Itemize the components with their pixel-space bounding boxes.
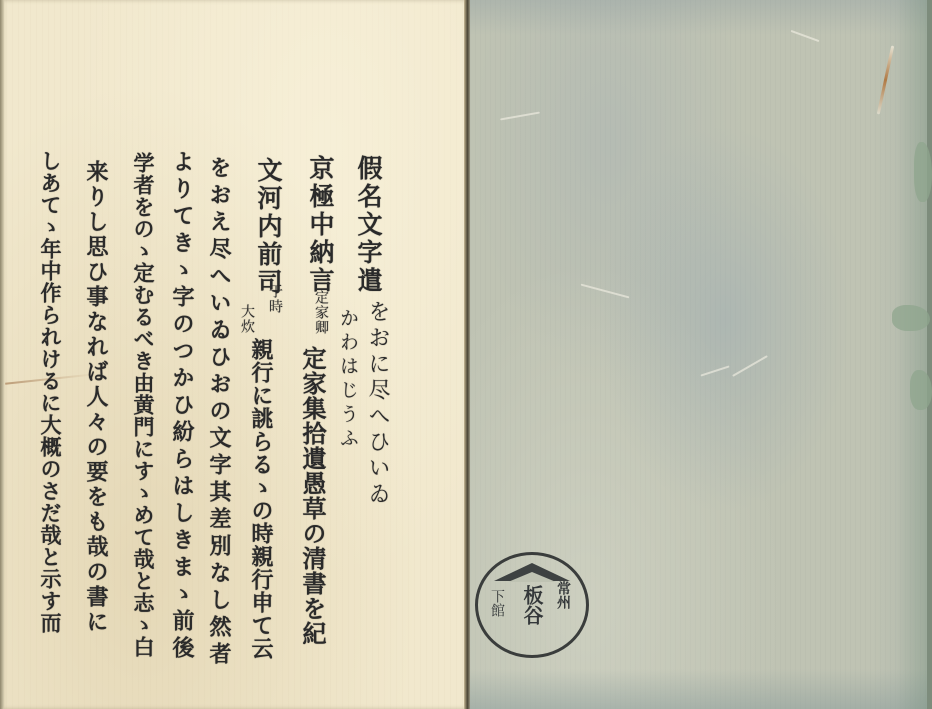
- cover-border-top: [470, 0, 932, 35]
- paper-fiber: [581, 284, 630, 299]
- paper-fiber: [500, 112, 540, 121]
- text-column-2-cont: 定家集拾遺愚草の清書を紀: [300, 346, 324, 646]
- cover-edge: [927, 0, 932, 709]
- seal-text-left: 下館: [490, 589, 504, 617]
- paper-fiber: [700, 365, 729, 376]
- text-column-3: 文河内前司: [256, 157, 281, 297]
- paper-fiber: [732, 355, 768, 377]
- ownership-seal: 常州 板谷 下館: [475, 552, 589, 658]
- title-kana-column-2: かわはじうふ: [338, 308, 357, 452]
- text-column-4: をおえ尽へいゐひおの文字其差別なし然者: [208, 156, 230, 669]
- seal-roof-inner: [508, 572, 556, 582]
- annotation-jiji: 于時: [268, 284, 282, 314]
- annotation-oi: 大炊: [240, 304, 254, 334]
- text-column-7: 来りし思ひ事なれば人々の要をも哉の書に: [85, 160, 107, 635]
- text-column-5: よりてきゝ字のつかひ紛らはしきまゝ前後: [171, 150, 193, 663]
- stain-green: [892, 305, 930, 331]
- seal-text-right: 常州: [556, 581, 570, 609]
- book-spread: 假名文字遣 をおに尽へひいゐ かわはじうふ 京極中納言 定家卿 定家集拾遺愚草の…: [0, 0, 932, 709]
- title-column: 假名文字遣: [356, 155, 381, 295]
- text-column-3-cont: 親行に誂らるゝの時親行申て云: [250, 338, 272, 660]
- left-page: 假名文字遣 をおに尽へひいゐ かわはじうふ 京極中納言 定家卿 定家集拾遺愚草の…: [0, 0, 468, 709]
- page-edge: [0, 0, 4, 709]
- stain-green: [910, 370, 932, 410]
- text-column-2: 京極中納言: [308, 155, 333, 295]
- seal-text-center: 板谷: [522, 585, 542, 625]
- text-column-8: しあてゝ年中作られけるに大概のさだ哉と示す而: [40, 150, 61, 634]
- cover-border-bottom: [470, 669, 932, 709]
- text-column-6: 学者をのゝ定むるべき由黄門にすゝめて哉と志ゝ白: [133, 152, 154, 658]
- annotation-teika: 定家卿: [314, 290, 328, 335]
- title-kana-column: をおに尽へひいゐ: [366, 300, 388, 508]
